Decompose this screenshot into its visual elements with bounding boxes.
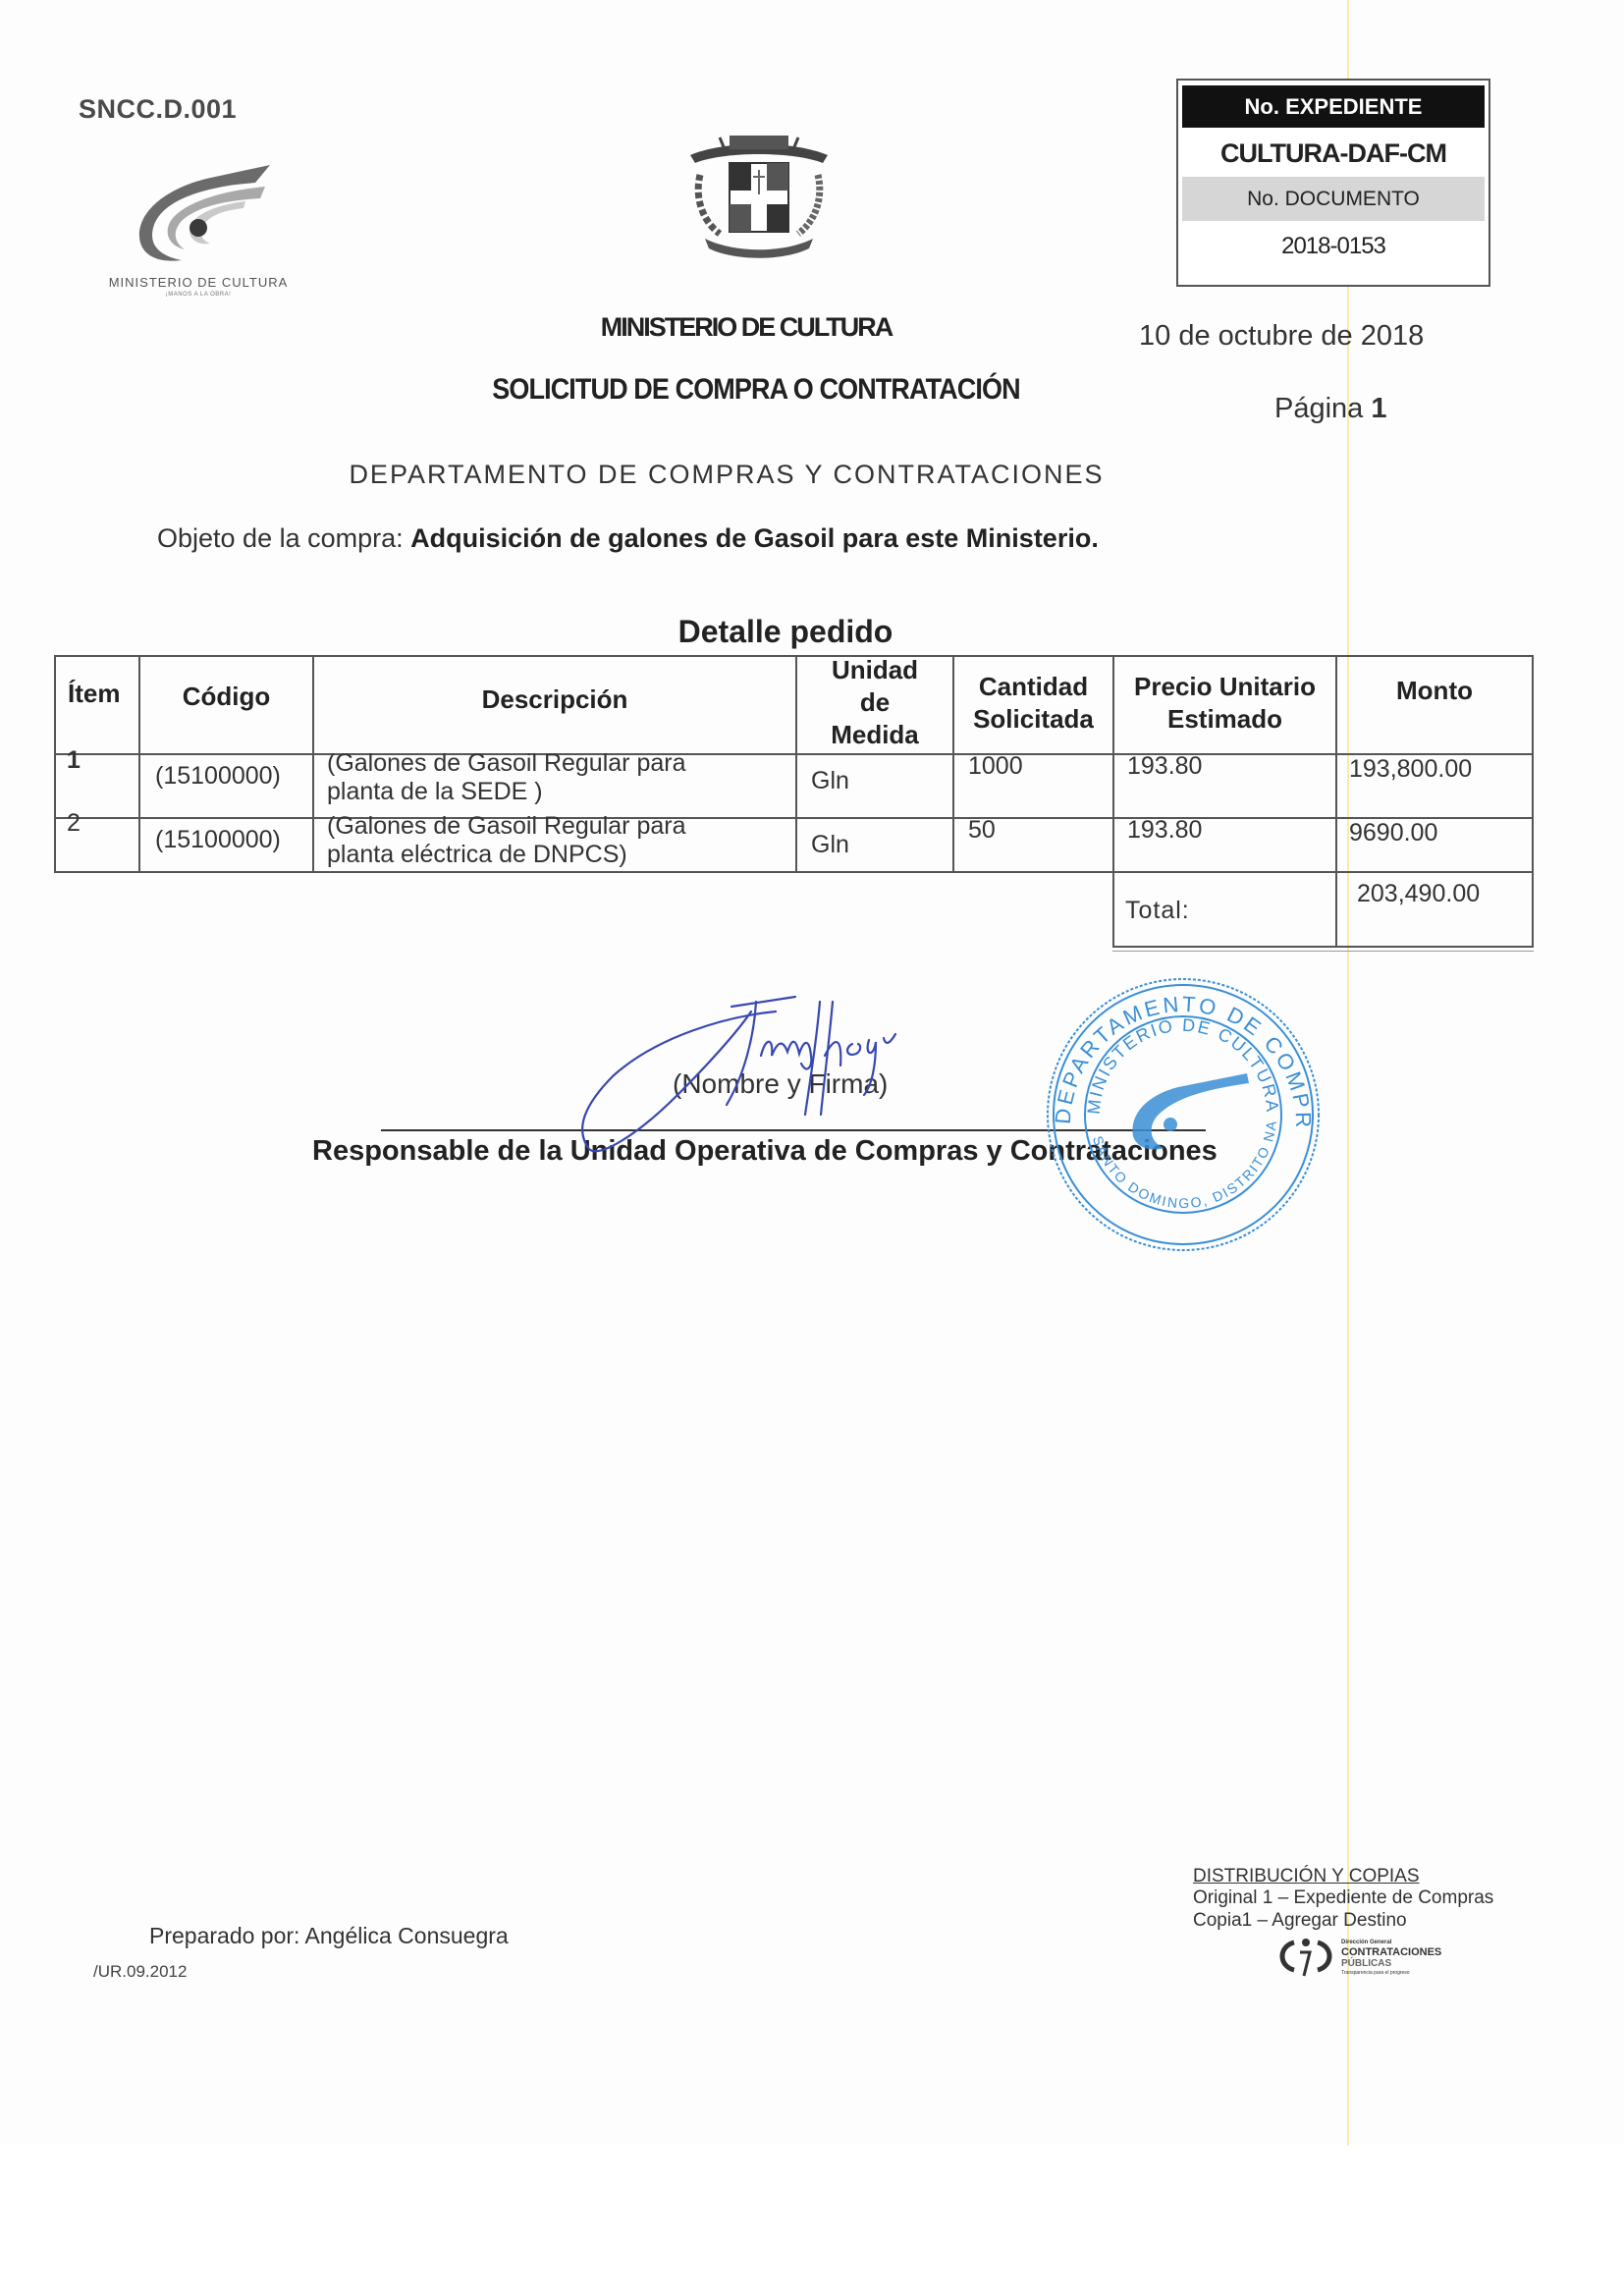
cell-codigo: (15100000) (155, 762, 281, 791)
total-value: 203,490.00 (1357, 880, 1480, 908)
department-stamp-icon: DEPARTAMENTO DE COMPRAS MINISTERIO DE CU… (1031, 967, 1335, 1262)
cell-unidad: Gln (811, 831, 849, 859)
column-header-precio: Precio Unitario Estimado (1114, 671, 1335, 736)
page-number-value: 1 (1371, 393, 1386, 424)
coat-of-arms-icon (676, 116, 842, 263)
cell-unidad: Gln (811, 767, 849, 795)
cell-precio: 193.80 (1127, 752, 1202, 781)
column-header-descripcion: Descripción (314, 683, 795, 716)
detail-title: Detalle pedido (589, 614, 982, 650)
ministry-title: MINISTERIO DE CULTURA (550, 312, 943, 343)
svg-text:CONTRATACIONES: CONTRATACIONES (1341, 1946, 1441, 1958)
ministerio-cultura-logo-icon (128, 157, 275, 265)
expediente-box: No. EXPEDIENTE CULTURA-DAF-CM No. DOCUME… (1176, 79, 1490, 287)
distribution-line: Original 1 – Expediente de Compras (1193, 1887, 1493, 1909)
column-header-monto: Monto (1337, 675, 1532, 707)
expediente-label: No. EXPEDIENTE (1182, 85, 1485, 128)
column-header-unidad: Unidad de Medida (797, 654, 952, 751)
purpose-value: Adquisición de galones de Gasoil para es… (410, 523, 1099, 553)
svg-text:PÚBLICAS: PÚBLICAS (1341, 1956, 1391, 1969)
handwritten-signature-icon (530, 967, 1021, 1164)
cell-descripcion-line2: planta de la SEDE ) (327, 778, 543, 806)
cell-cantidad: 50 (968, 816, 996, 845)
form-code: SNCC.D.001 (79, 94, 237, 125)
ministry-logo-motto: ¡MANOS A LA OBRA! (95, 292, 301, 298)
cell-item: 2 (67, 809, 81, 838)
cell-precio: 193.80 (1127, 816, 1202, 845)
document-date: 10 de octubre de 2018 (1139, 320, 1424, 353)
cell-descripcion-line1: (Galones de Gasoil Regular para (327, 812, 685, 841)
purpose-label: Objeto de la compra: (157, 523, 404, 553)
total-label: Total: (1125, 897, 1190, 925)
svg-text:Dirección General: Dirección General (1341, 1940, 1392, 1945)
cell-monto: 9690.00 (1349, 819, 1437, 847)
page-number: Página 1 (1274, 393, 1387, 425)
distribution-line: Copia1 – Agregar Destino (1193, 1910, 1407, 1932)
form-version: /UR.09.2012 (93, 1962, 187, 1982)
dgcp-logo-icon: Dirección General CONTRATACIONES PÚBLICA… (1276, 1933, 1443, 1980)
cell-monto: 193,800.00 (1349, 755, 1472, 784)
column-header-codigo: Código (140, 681, 312, 713)
ministry-logo-name: MINISTERIO DE CULTURA (95, 275, 301, 290)
cell-descripcion-line2: planta eléctrica de DNPCS) (327, 841, 627, 869)
page-label: Página (1274, 393, 1363, 424)
document-title: SOLICITUD DE COMPRA O CONTRATACIÓN (464, 373, 1048, 407)
documento-label: No. DOCUMENTO (1182, 177, 1485, 221)
cell-descripcion-line1: (Galones de Gasoil Regular para (327, 749, 685, 778)
column-header-item: Ítem (56, 678, 150, 710)
expediente-value: CULTURA-DAF-CM (1178, 128, 1489, 177)
column-header-cantidad: Cantidad Solicitada (954, 671, 1112, 736)
distribution-title: DISTRIBUCIÓN Y COPIAS (1193, 1866, 1420, 1887)
purchase-purpose: Objeto de la compra: Adquisición de galo… (157, 523, 1099, 554)
cell-cantidad: 1000 (968, 752, 1023, 781)
documento-value: 2018-0153 (1178, 221, 1489, 272)
svg-text:Transparencia para el progreso: Transparencia para el progreso (1341, 1970, 1410, 1976)
cell-codigo: (15100000) (155, 826, 281, 854)
department-name: DEPARTAMENTO DE COMPRAS Y CONTRATACIONES (295, 460, 1159, 490)
prepared-by: Preparado por: Angélica Consuegra (149, 1923, 509, 1949)
cell-item: 1 (67, 746, 81, 775)
